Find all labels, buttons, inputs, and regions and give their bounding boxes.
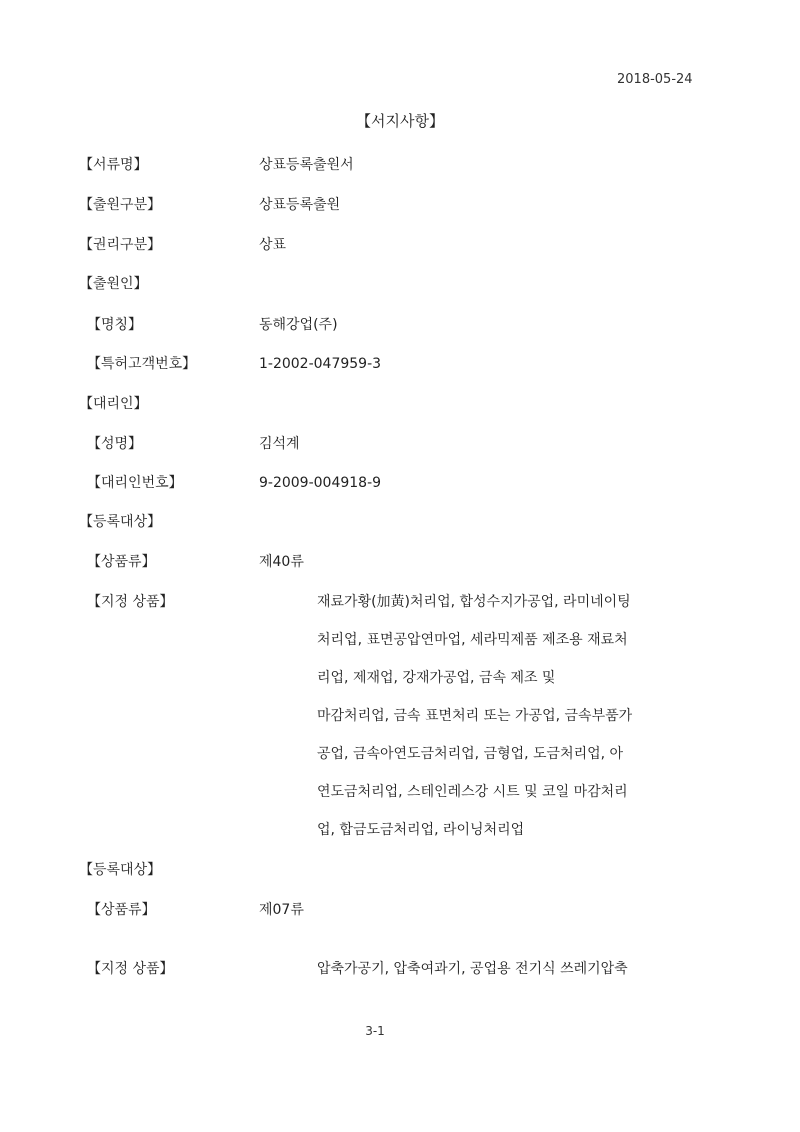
document-date: 2018-05-24 bbox=[617, 71, 693, 89]
field-label-application-type: 【출원구분】 bbox=[79, 196, 161, 214]
section-agent: 【대리인】 bbox=[79, 395, 148, 413]
field-label-document-name: 【서류명】 bbox=[79, 156, 148, 174]
goods-line: 공업, 금속아연도금처리업, 금형업, 도금처리업, 아 bbox=[317, 735, 737, 773]
goods-line: 처리업, 표면공압연마업, 세라믹제품 제조용 재료처 bbox=[317, 621, 737, 659]
goods-line: 연도금처리업, 스테인레스강 시트 및 코일 마감처리 bbox=[317, 773, 737, 811]
goods-line: 마감처리업, 금속 표면처리 또는 가공업, 금속부품가 bbox=[317, 697, 737, 735]
document-title: 【서지사항】 bbox=[0, 112, 800, 130]
field-label-goods-class-2: 【상품류】 bbox=[87, 901, 156, 919]
section-registration-target-1: 【등록대상】 bbox=[79, 513, 161, 531]
field-label-customer-number: 【특허고객번호】 bbox=[87, 355, 196, 373]
field-label-designated-goods-2: 【지정 상품】 bbox=[87, 960, 174, 978]
field-value-goods-class-1: 제40류 bbox=[259, 553, 304, 571]
field-label-applicant-name: 【명칭】 bbox=[87, 316, 142, 334]
section-applicant: 【출원인】 bbox=[79, 275, 148, 293]
designated-goods-list-1: 재료가황(加黃)처리업, 합성수지가공업, 라미네이팅 처리업, 표면공압연마업… bbox=[317, 583, 737, 849]
field-value-agent-name: 김석계 bbox=[259, 435, 300, 453]
field-value-agent-number: 9-2009-004918-9 bbox=[259, 474, 381, 492]
goods-line: 업, 합금도금처리업, 라이닝처리업 bbox=[317, 811, 737, 849]
designated-goods-list-2: 압축가공기, 압축여과기, 공업용 전기식 쓰레기압축 bbox=[317, 960, 628, 978]
field-value-document-name: 상표등록출원서 bbox=[259, 156, 354, 174]
field-value-application-type: 상표등록출원 bbox=[259, 196, 340, 214]
field-label-agent-number: 【대리인번호】 bbox=[87, 474, 183, 492]
field-label-right-type: 【권리구분】 bbox=[79, 236, 161, 254]
field-label-designated-goods-1: 【지정 상품】 bbox=[87, 593, 174, 611]
field-value-applicant-name: 동해강업(주) bbox=[259, 316, 338, 334]
field-label-goods-class-1: 【상품류】 bbox=[87, 553, 156, 571]
field-value-goods-class-2: 제07류 bbox=[259, 901, 304, 919]
field-label-agent-name: 【성명】 bbox=[87, 435, 142, 453]
goods-line: 재료가황(加黃)처리업, 합성수지가공업, 라미네이팅 bbox=[317, 583, 737, 621]
field-value-right-type: 상표 bbox=[259, 236, 286, 254]
goods-line: 리업, 제재업, 강재가공업, 금속 제조 및 bbox=[317, 659, 737, 697]
page-number: 3-1 bbox=[0, 1022, 750, 1040]
section-registration-target-2: 【등록대상】 bbox=[79, 861, 161, 879]
field-value-customer-number: 1-2002-047959-3 bbox=[259, 355, 381, 373]
